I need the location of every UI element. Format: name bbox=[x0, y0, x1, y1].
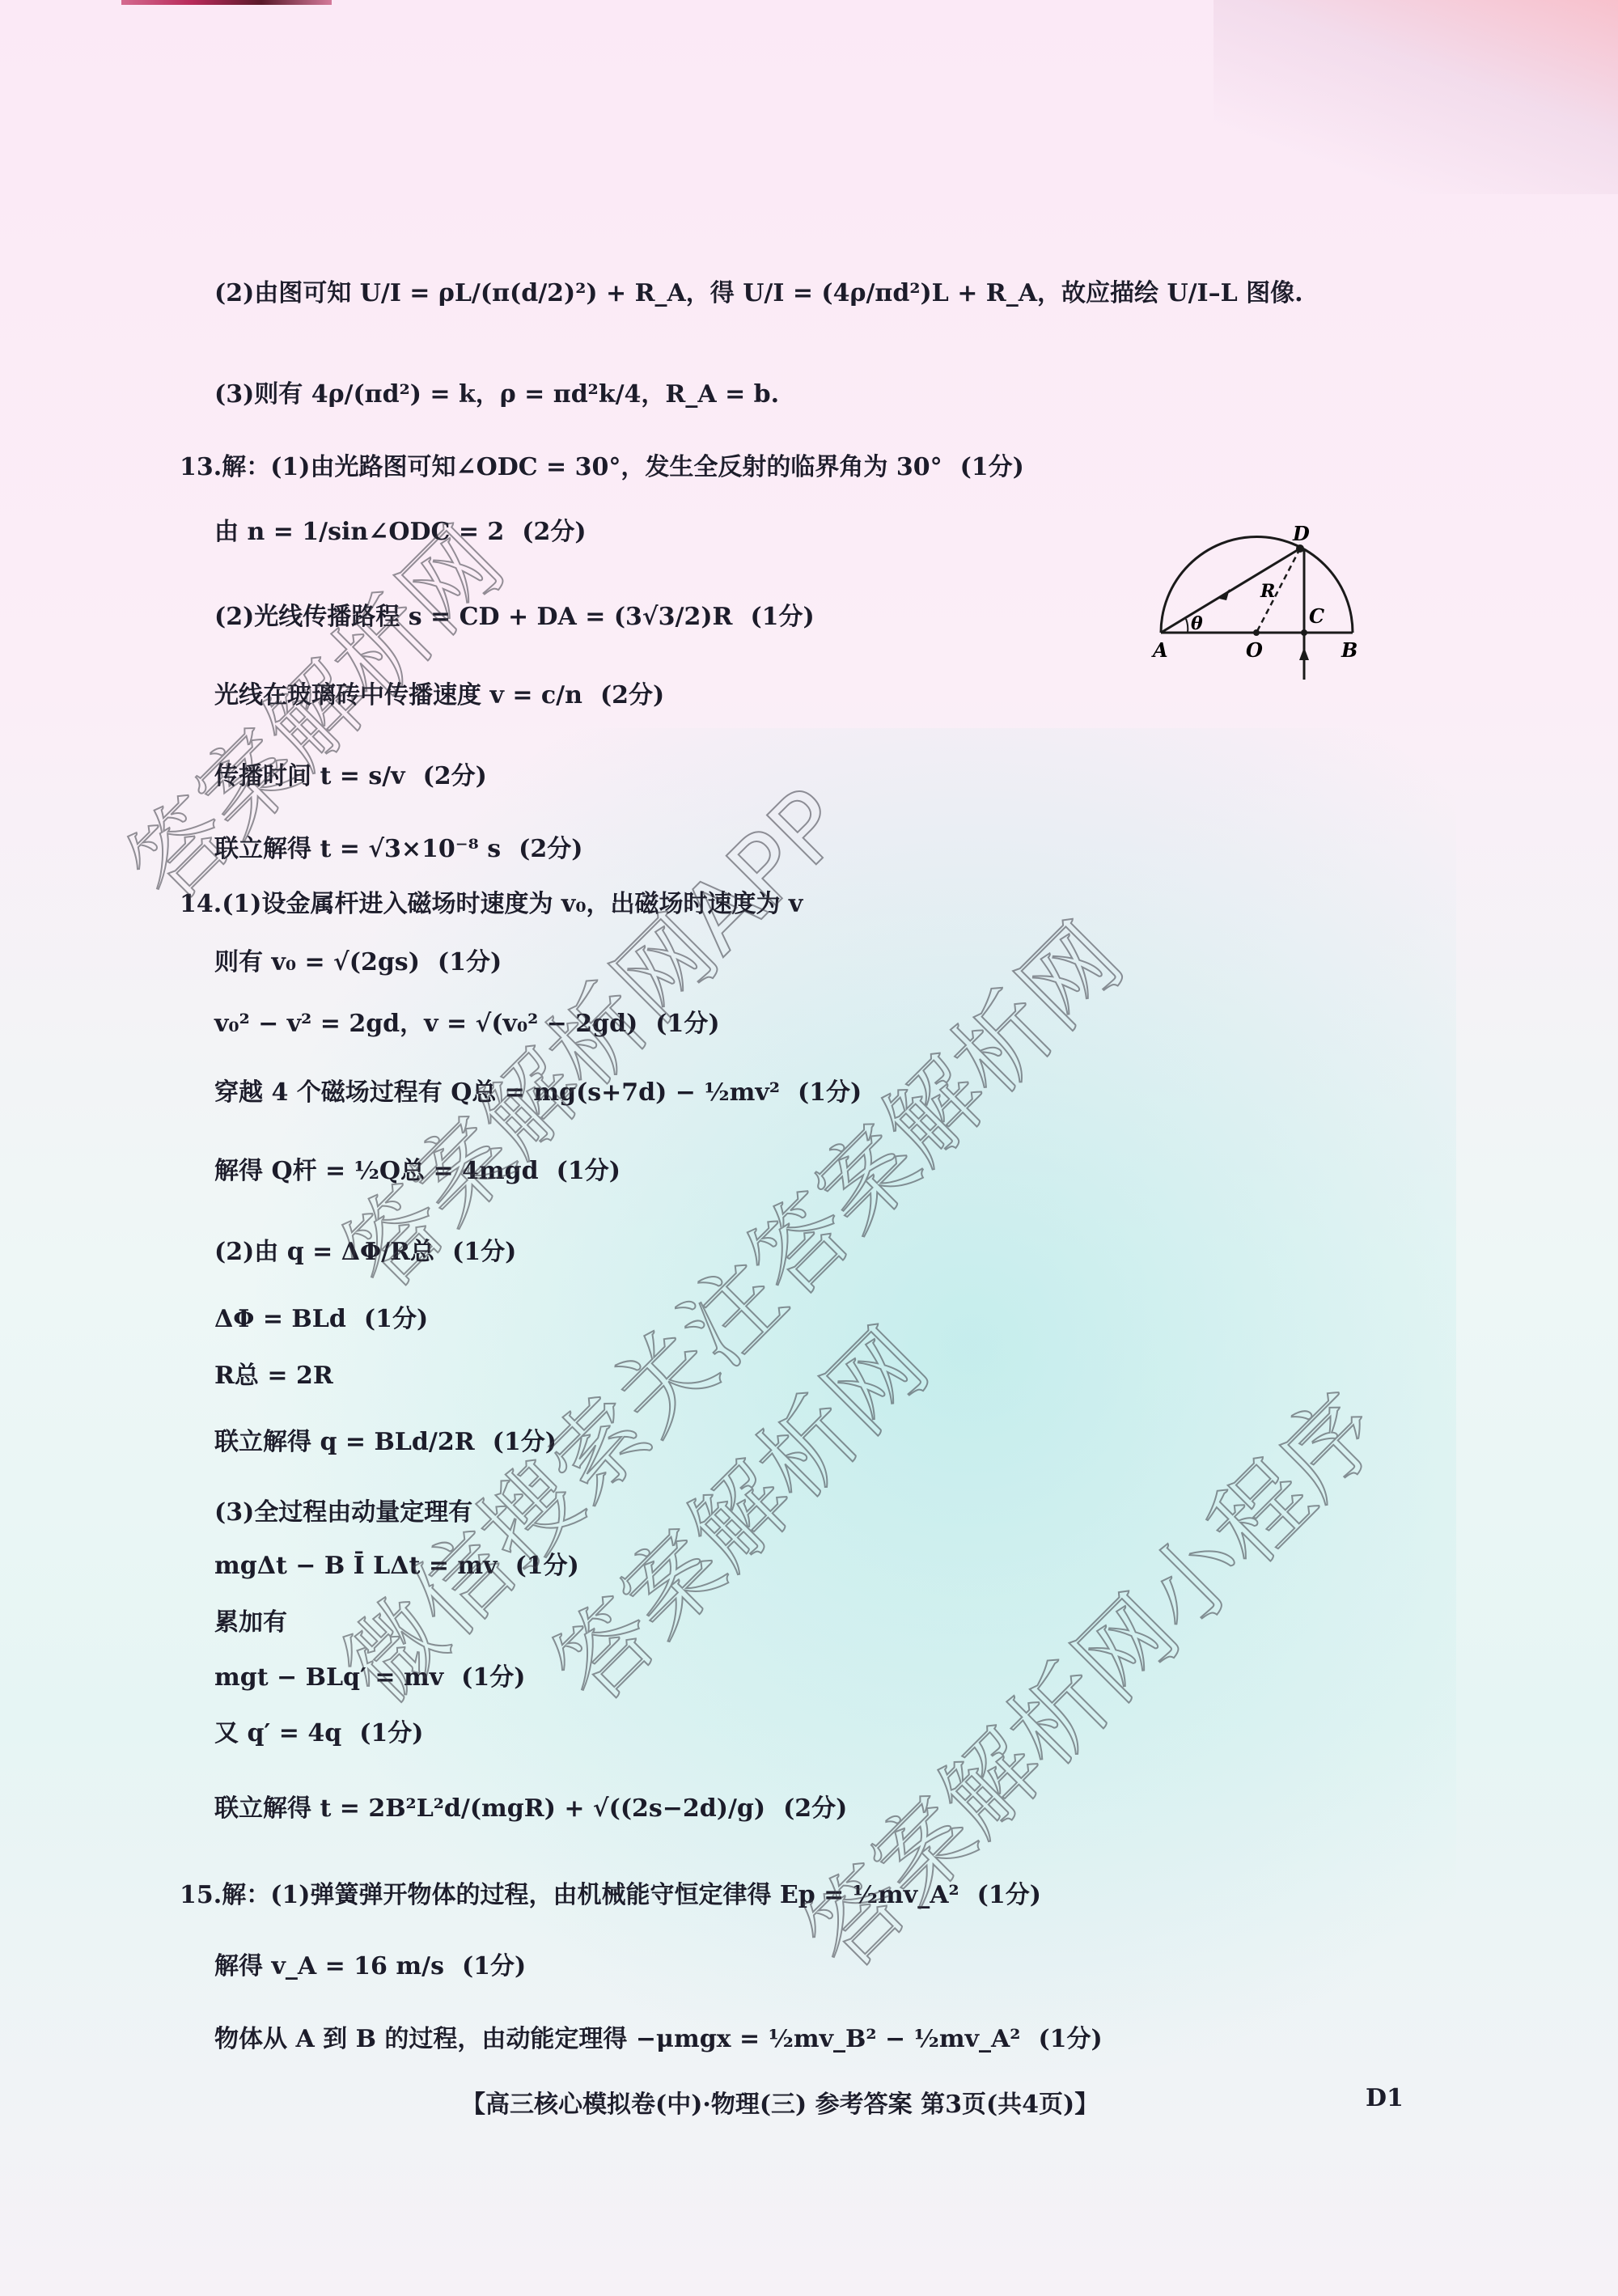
line-text: 又 q′ = 4q bbox=[214, 1719, 341, 1747]
line-text: ΔΦ = BLd bbox=[214, 1305, 346, 1333]
watermark-3: 答案解析网 bbox=[518, 1293, 952, 1727]
answer-line-q13-2: (2)光线传播路程 s = CD + DA = (3√3/2)R(1分) bbox=[214, 603, 815, 632]
label-a: A bbox=[1151, 638, 1168, 662]
answer-line-q13-1: 13.解：(1)由光路图可知∠ODC = 30°，发生全反射的临界角为 30°(… bbox=[180, 453, 1024, 482]
score-mark: (1分) bbox=[655, 1010, 719, 1038]
line-text: 光线在玻璃砖中传播速度 v = c/n bbox=[214, 681, 582, 710]
answer-line-q14-3: (3)全过程由动量定理有 bbox=[214, 1498, 472, 1527]
answer-line-q13-2b: 光线在玻璃砖中传播速度 v = c/n(2分) bbox=[214, 681, 664, 710]
score-mark: (1分) bbox=[1038, 2025, 1102, 2053]
score-mark: (1分) bbox=[364, 1305, 428, 1333]
label-c: C bbox=[1309, 604, 1324, 628]
page-footer: 【高三核心模拟卷(中)·物理(三) 参考答案 第3页(共4页)】 bbox=[461, 2084, 1099, 2120]
answer-line-q14-1b: v₀² − v² = 2gd，v = √(v₀² − 2gd)(1分) bbox=[214, 1010, 720, 1039]
score-mark: (1分) bbox=[493, 1428, 557, 1456]
answer-line-q13-2d: 联立解得 t = √3×10⁻⁸ s(2分) bbox=[214, 835, 582, 864]
label-b: B bbox=[1341, 638, 1358, 662]
line-text: 累加有 bbox=[214, 1608, 287, 1637]
line-text: 由 n = 1/sin∠ODC = 2 bbox=[214, 518, 504, 546]
line-text: v₀² − v² = 2gd，v = √(v₀² − 2gd) bbox=[214, 1010, 637, 1038]
score-mark: (1分) bbox=[977, 1881, 1041, 1909]
page-top-edge bbox=[121, 0, 332, 5]
line-text: mgΔt − B Ī LΔt = mv bbox=[214, 1552, 498, 1580]
score-mark: (1分) bbox=[750, 603, 814, 631]
answer-line-q15-1: 15.解：(1)弹簧弹开物体的过程，由机械能守恒定律得 Ep = ½mv_A²(… bbox=[180, 1881, 1041, 1910]
answer-line-q14-3b: 累加有 bbox=[214, 1608, 287, 1637]
label-theta: θ bbox=[1191, 613, 1203, 634]
answer-line-q14-1: 14.(1)设金属杆进入磁场时速度为 v₀，出磁场时速度为 v bbox=[180, 890, 803, 919]
line-text: (3)则有 4ρ/(πd²) = k，ρ = πd²k/4，R_A = b. bbox=[214, 380, 779, 409]
answer-line-q14-2a: ΔΦ = BLd(1分) bbox=[214, 1305, 428, 1334]
answer-line-q14-3c: mgt − BLq′ = mv(1分) bbox=[214, 1663, 525, 1692]
line-text: 联立解得 t = √3×10⁻⁸ s bbox=[214, 835, 501, 863]
answer-line-q15-1a: 解得 v_A = 16 m/s(1分) bbox=[214, 1952, 526, 1981]
answer-line-q13-2c: 传播时间 t = s/v(2分) bbox=[214, 762, 487, 791]
label-d: D bbox=[1292, 522, 1310, 545]
semicircle-optics-diagram: A O B C D R θ bbox=[1133, 502, 1375, 680]
answer-line-q14-2b: R总 = 2R bbox=[214, 1362, 333, 1391]
line-text: (2)光线传播路程 s = CD + DA = (3√3/2)R bbox=[214, 603, 732, 631]
line-text: 联立解得 t = 2B²L²d/(mgR) + √((2s−2d)/g) bbox=[214, 1794, 765, 1823]
score-mark: (2分) bbox=[522, 518, 586, 546]
score-mark: (2分) bbox=[783, 1794, 847, 1823]
score-mark: (1分) bbox=[557, 1157, 621, 1185]
line-text: 14.(1)设金属杆进入磁场时速度为 v₀，出磁场时速度为 v bbox=[180, 890, 803, 918]
page-code: D1 bbox=[1366, 2084, 1404, 2112]
answer-line-q14-3d: 又 q′ = 4q(1分) bbox=[214, 1719, 423, 1748]
line-text: (2)由 q = ΔΦ/R总 bbox=[214, 1238, 434, 1266]
line-text: 则有 v₀ = √(2gs) bbox=[214, 948, 420, 976]
line-text: 15.解：(1)弹簧弹开物体的过程，由机械能守恒定律得 Ep = ½mv_A² bbox=[180, 1881, 959, 1909]
score-mark: (1分) bbox=[798, 1078, 862, 1107]
answer-line-q14-2c: 联立解得 q = BLd/2R(1分) bbox=[214, 1428, 557, 1457]
score-mark: (2分) bbox=[600, 681, 664, 710]
line-text: 13.解：(1)由光路图可知∠ODC = 30°，发生全反射的临界角为 30° bbox=[180, 453, 942, 481]
score-mark: (1分) bbox=[359, 1719, 423, 1747]
label-r: R bbox=[1260, 581, 1275, 602]
answer-line-q15-1b: 物体从 A 到 B 的过程，由动能定理得 −μmgx = ½mv_B² − ½m… bbox=[214, 2025, 1103, 2054]
page-corner-fold bbox=[1213, 0, 1618, 194]
score-mark: (1分) bbox=[438, 948, 502, 976]
answer-line-q13-1b: 由 n = 1/sin∠ODC = 2(2分) bbox=[214, 518, 587, 547]
score-mark: (1分) bbox=[461, 1663, 525, 1692]
answer-line-q12-3: (3)则有 4ρ/(πd²) = k，ρ = πd²k/4，R_A = b. bbox=[214, 380, 779, 409]
answer-line-q14-2: (2)由 q = ΔΦ/R总(1分) bbox=[214, 1238, 516, 1267]
line-text: 穿越 4 个磁场过程有 Q总 = mg(s+7d) − ½mv² bbox=[214, 1078, 780, 1107]
line-text: 物体从 A 到 B 的过程，由动能定理得 −μmgx = ½mv_B² − ½m… bbox=[214, 2025, 1020, 2053]
answer-line-q14-3e: 联立解得 t = 2B²L²d/(mgR) + √((2s−2d)/g)(2分) bbox=[214, 1794, 847, 1824]
score-mark: (1分) bbox=[515, 1552, 579, 1580]
line-text: 解得 v_A = 16 m/s bbox=[214, 1952, 444, 1980]
line-text: (2)由图可知 U/I = ρL/(π(d/2)²) + R_A，得 U/I =… bbox=[214, 279, 1303, 307]
answer-line-q14-1d: 解得 Q杆 = ½Q总 = 4mgd(1分) bbox=[214, 1157, 621, 1186]
label-o: O bbox=[1246, 638, 1263, 662]
answer-line-q12-2: (2)由图可知 U/I = ρL/(π(d/2)²) + R_A，得 U/I =… bbox=[214, 279, 1303, 308]
line-text: 解得 Q杆 = ½Q总 = 4mgd bbox=[214, 1157, 539, 1185]
score-mark: (1分) bbox=[462, 1952, 526, 1980]
answer-line-q14-3a: mgΔt − B Ī LΔt = mv(1分) bbox=[214, 1552, 579, 1581]
answer-line-q14-1c: 穿越 4 个磁场过程有 Q总 = mg(s+7d) − ½mv²(1分) bbox=[214, 1078, 862, 1108]
line-text: (3)全过程由动量定理有 bbox=[214, 1498, 472, 1527]
score-mark: (1分) bbox=[960, 453, 1024, 481]
score-mark: (2分) bbox=[423, 762, 487, 790]
line-text: R总 = 2R bbox=[214, 1362, 333, 1390]
line-text: mgt − BLq′ = mv bbox=[214, 1663, 443, 1692]
line-text: 传播时间 t = s/v bbox=[214, 762, 405, 790]
score-mark: (1分) bbox=[452, 1238, 516, 1266]
answer-line-q14-1a: 则有 v₀ = √(2gs)(1分) bbox=[214, 948, 502, 977]
line-text: 联立解得 q = BLd/2R bbox=[214, 1428, 475, 1456]
score-mark: (2分) bbox=[519, 835, 582, 863]
